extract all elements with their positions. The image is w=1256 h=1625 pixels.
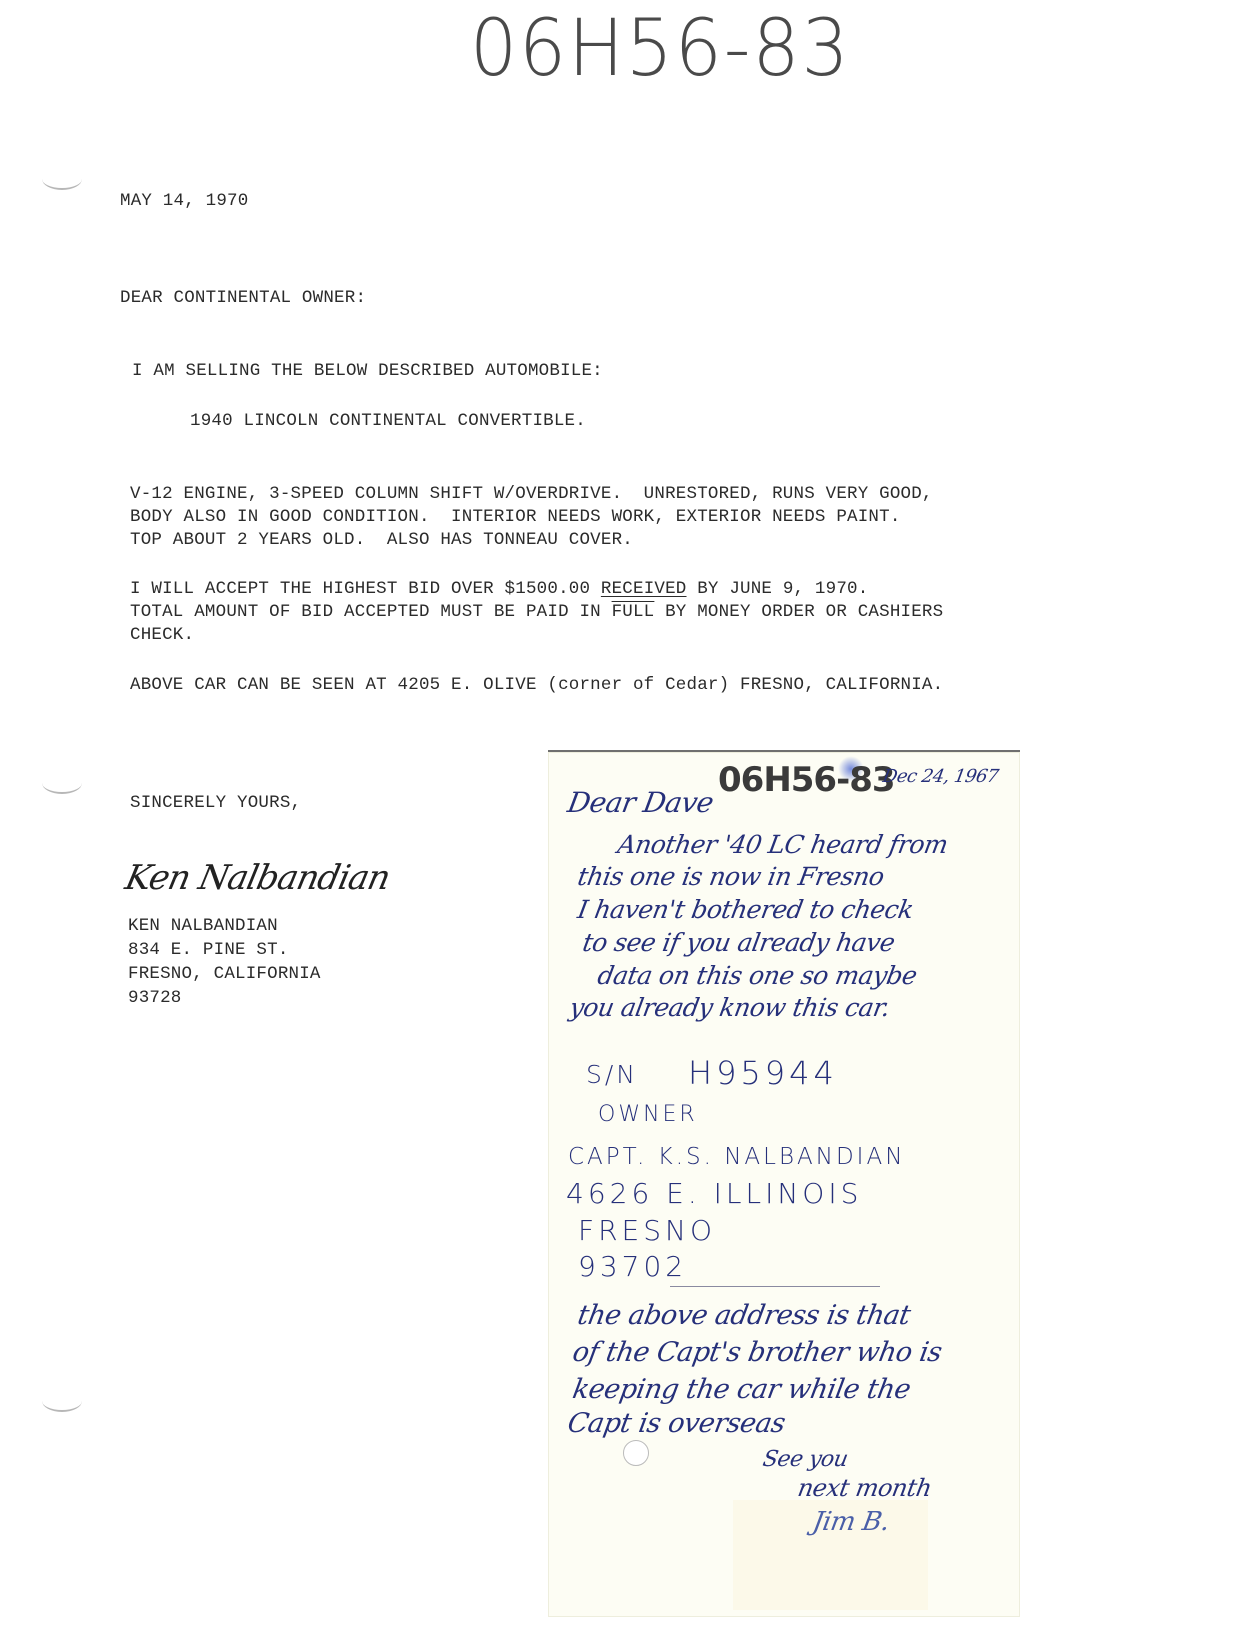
viewing-location: ABOVE CAR CAN BE SEEN AT 4205 E. OLIVE (…	[130, 674, 943, 697]
signoff-line: See you	[761, 1447, 850, 1472]
sender-city: FRESNO, CALIFORNIA	[128, 963, 321, 986]
punch-hole	[42, 772, 82, 794]
note-body-line: I haven't bothered to check	[575, 895, 915, 924]
note-date: Dec 24, 1967	[881, 766, 1000, 787]
description-line: V-12 ENGINE, 3-SPEED COLUMN SHIFT W/OVER…	[130, 483, 933, 506]
sender-name: KEN NALBANDIAN	[128, 915, 278, 938]
footnote-line: keeping the car while the	[570, 1374, 913, 1405]
handwritten-signature: Ken Nalbandian	[122, 858, 393, 898]
punch-hole	[42, 1390, 82, 1412]
note-salutation: Dear Dave	[565, 786, 716, 819]
bid-text: I WILL ACCEPT THE HIGHEST BID OVER $1500…	[130, 579, 601, 599]
punch-hole	[42, 168, 82, 190]
card-punch-hole	[623, 1440, 649, 1466]
owner-street: 4626 E. ILLINOIS	[566, 1177, 862, 1210]
archive-number: 06H56-83	[470, 4, 851, 94]
payment-text: TOTAL AMOUNT OF BID ACCEPTED MUST BE PAI…	[130, 602, 612, 622]
payment-terms-line: CHECK.	[130, 624, 194, 647]
owner-zip: 93702	[578, 1250, 687, 1283]
bid-terms-line: I WILL ACCEPT THE HIGHEST BID OVER $1500…	[130, 578, 868, 601]
footnote-line: Capt is overseas	[565, 1408, 787, 1439]
handwritten-note-card: 06H56-83 Dec 24, 1967 Dear Dave Another …	[548, 750, 1020, 1617]
signoff-line: next month	[796, 1474, 934, 1502]
footnote-line: the above address is that	[575, 1300, 912, 1331]
divider-line	[670, 1286, 880, 1287]
full-emphasis: FULL	[612, 602, 655, 622]
letter-closing: SINCERELY YOURS,	[130, 792, 301, 815]
sender-street: 834 E. PINE ST.	[128, 939, 289, 962]
letter-intro: I AM SELLING THE BELOW DESCRIBED AUTOMOB…	[132, 360, 603, 383]
description-line: BODY ALSO IN GOOD CONDITION. INTERIOR NE…	[130, 506, 901, 529]
footnote-line: of the Capt's brother who is	[570, 1337, 944, 1368]
owner-name: CAPT. K.S. NALBANDIAN	[568, 1144, 905, 1170]
description-line: TOP ABOUT 2 YEARS OLD. ALSO HAS TONNEAU …	[130, 529, 633, 552]
payment-terms-line: TOTAL AMOUNT OF BID ACCEPTED MUST BE PAI…	[130, 601, 943, 624]
note-signature: Jim B.	[810, 1507, 891, 1537]
letter-date: MAY 14, 1970	[120, 190, 248, 213]
serial-label: S/N	[586, 1060, 638, 1089]
bid-deadline: BY JUNE 9, 1970.	[687, 579, 869, 599]
serial-number: H95944	[688, 1054, 838, 1092]
note-body-line: Another '40 LC heard from	[615, 830, 950, 859]
scanned-letter-page: 06H56-83 MAY 14, 1970 DEAR CONTINENTAL O…	[0, 0, 1256, 1625]
note-body-line: to see if you already have	[580, 928, 897, 957]
note-body-line: data on this one so maybe	[595, 961, 919, 990]
owner-city: FRESNO	[578, 1214, 716, 1247]
letter-salutation: DEAR CONTINENTAL OWNER:	[120, 287, 366, 310]
note-body-line: you already know this car.	[567, 993, 892, 1022]
card-archive-number: 06H56-83	[718, 760, 895, 800]
vehicle-title: 1940 LINCOLN CONTINENTAL CONVERTIBLE.	[190, 410, 586, 433]
note-body-line: this one is now in Fresno	[575, 862, 886, 891]
owner-label: OWNER	[598, 1102, 698, 1127]
payment-method: BY MONEY ORDER OR CASHIERS	[654, 602, 943, 622]
sender-zip: 93728	[128, 987, 182, 1010]
received-emphasis: RECEIVED	[601, 579, 687, 599]
